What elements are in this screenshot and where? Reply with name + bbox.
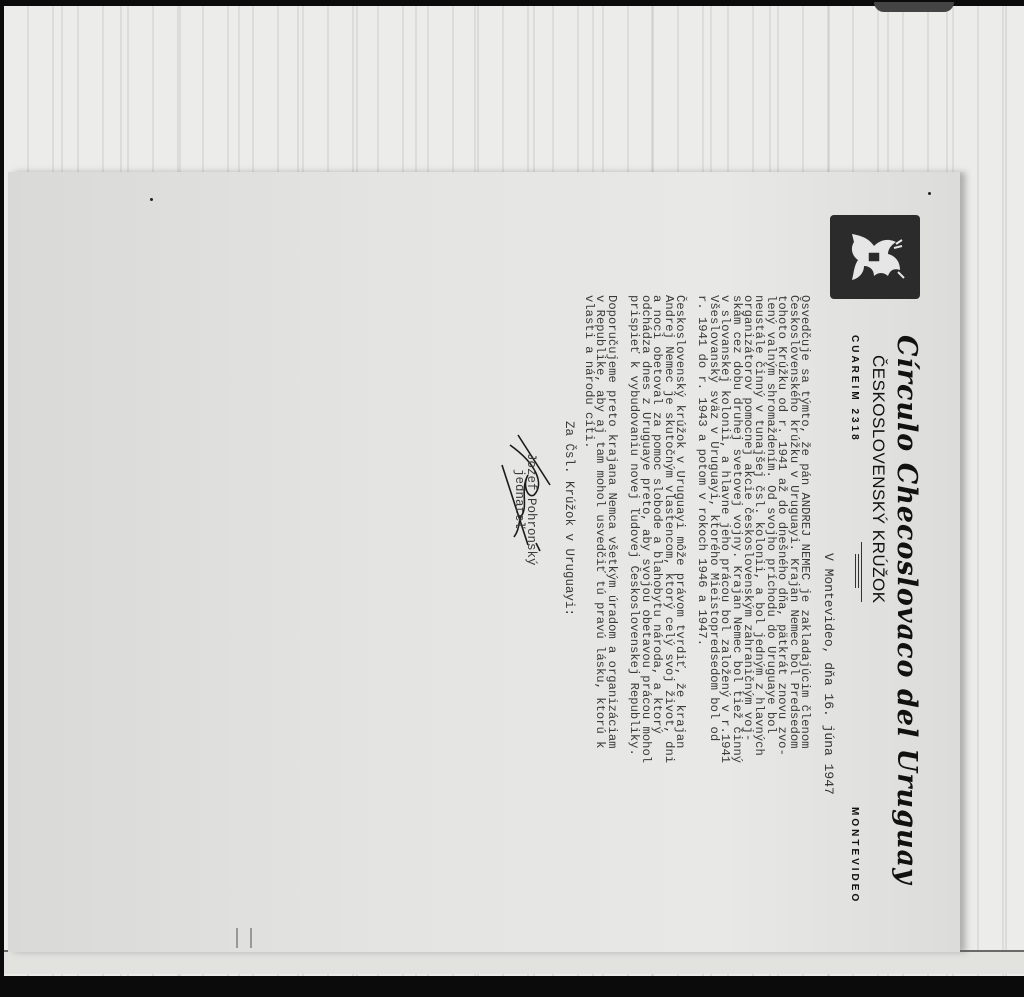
signer-name: Jozef Pohronský — [524, 453, 538, 566]
organization-subtitle: ČESKOSLOVENSKÝ KRÚŽOK — [868, 355, 888, 604]
text-line: prispieť k vybudovaniu novej ľudovej Čes… — [628, 295, 639, 855]
text-line: vlasti a národu cíti. — [583, 295, 594, 855]
text-line: lený valným shromaždením. Od svojho príc… — [764, 295, 775, 855]
rotated-letter-content: Círculo Checoslovaco del Uruguay ČESKOSL… — [370, 215, 930, 915]
paragraph-2: Československý krúžok v Uruguayi môže pr… — [628, 295, 685, 855]
signer-role: jednateľ — [512, 469, 526, 529]
divider — [858, 554, 859, 588]
text-line: r. 1941 do r. 1943 a potom v rokoch 1946… — [696, 295, 707, 855]
dateline: V Montevideo, dňa 16. júna 1947 — [821, 553, 836, 795]
divider — [855, 554, 856, 588]
letter-body: Osvedčuje sa týmto, že pán ANDREJ NEMEC … — [572, 295, 810, 855]
lion-crest-icon — [830, 215, 920, 299]
organization-address: CUAREIM 2318 — [849, 335, 860, 443]
paper-clip-mark — [236, 928, 252, 948]
speck — [928, 192, 931, 195]
speck — [150, 198, 153, 201]
organization-title: Círculo Checoslovaco del Uruguay — [891, 335, 922, 885]
paragraph-1: Osvedčuje sa týmto, že pán ANDREJ NEMEC … — [696, 295, 810, 855]
wood-edge-strip — [4, 950, 1024, 974]
lion-emblem-icon — [840, 222, 910, 292]
divider — [861, 542, 862, 602]
text-line: Všeslovanský sväz v Uruguayi, ktorého Mi… — [707, 295, 718, 855]
paragraph-3: Doporučujeme preto krajana Nemca všetkým… — [583, 295, 617, 855]
letterhead-rules — [846, 542, 868, 602]
closing-line: Za Čsl. Krúžok v Uruguayi: — [562, 421, 576, 616]
text-line: Doporučujeme preto krajana Nemca všetkým… — [606, 295, 617, 855]
background-object — [874, 2, 954, 12]
text-line: odchádza dnes z Uruguaye preto, aby svoj… — [639, 295, 650, 855]
organization-city: MONTEVIDEO — [849, 807, 860, 904]
